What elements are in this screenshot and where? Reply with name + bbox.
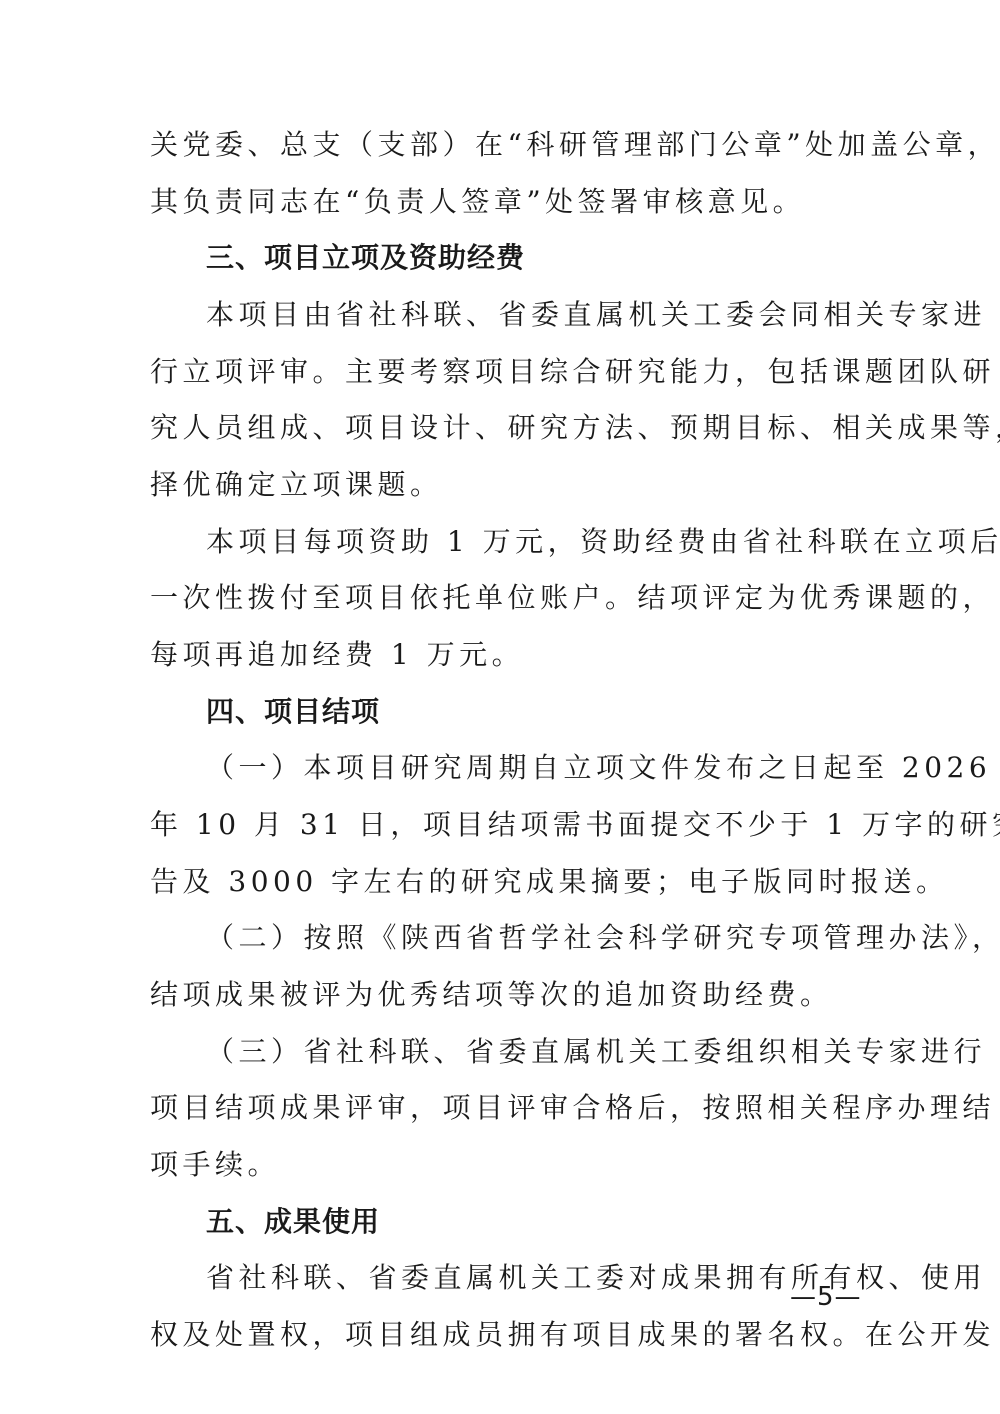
body-line-6: 究人员组成、项目设计、研究方法、预期目标、相关成果等， <box>150 408 1000 448</box>
body-line-14: 告及 3000 字左右的研究成果摘要；电子版同时报送。 <box>150 862 949 902</box>
body-line-8: 本项目每项资助 1 万元，资助经费由省社科联在立项后 <box>206 522 1000 562</box>
body-line-15: （二）按照《陕西省哲学社会科学研究专项管理办法》， <box>206 918 1000 958</box>
body-line-17: （三）省社科联、省委直属机关工委组织相关专家进行 <box>206 1032 986 1072</box>
body-line-7: 择优确定立项课题。 <box>150 465 443 505</box>
body-line-16: 结项成果被评为优秀结项等次的追加资助经费。 <box>150 975 833 1015</box>
body-line-9: 一次性拨付至项目依托单位账户。结项评定为优秀课题的， <box>150 578 995 618</box>
page-number: —5— <box>790 1280 862 1314</box>
section-heading-4: 四、项目结项 <box>206 692 380 732</box>
body-line-1: 关党委、总支（支部）在“科研管理部门公章”处加盖公章， <box>150 125 1000 165</box>
body-line-13: 年 10 月 31 日，项目结项需书面提交不少于 1 万字的研究报 <box>150 805 1000 845</box>
body-line-5: 行立项评审。主要考察项目综合研究能力，包括课题团队研 <box>150 352 995 392</box>
section-heading-3: 三、项目立项及资助经费 <box>206 238 525 278</box>
body-line-22: 权及处置权，项目组成员拥有项目成果的署名权。在公开发 <box>150 1315 995 1355</box>
body-line-10: 每项再追加经费 1 万元。 <box>150 635 524 675</box>
body-line-4: 本项目由省社科联、省委直属机关工委会同相关专家进 <box>206 295 986 335</box>
body-line-2: 其负责同志在“负责人签章”处签署审核意见。 <box>150 182 805 222</box>
body-line-12: （一）本项目研究周期自立项文件发布之日起至 2026 <box>206 748 991 788</box>
body-line-19: 项手续。 <box>150 1145 280 1185</box>
section-heading-5: 五、成果使用 <box>206 1202 380 1242</box>
body-line-18: 项目结项成果评审，项目评审合格后，按照相关程序办理结 <box>150 1088 995 1128</box>
body-line-21: 省社科联、省委直属机关工委对成果拥有所有权、使用 <box>206 1258 986 1298</box>
